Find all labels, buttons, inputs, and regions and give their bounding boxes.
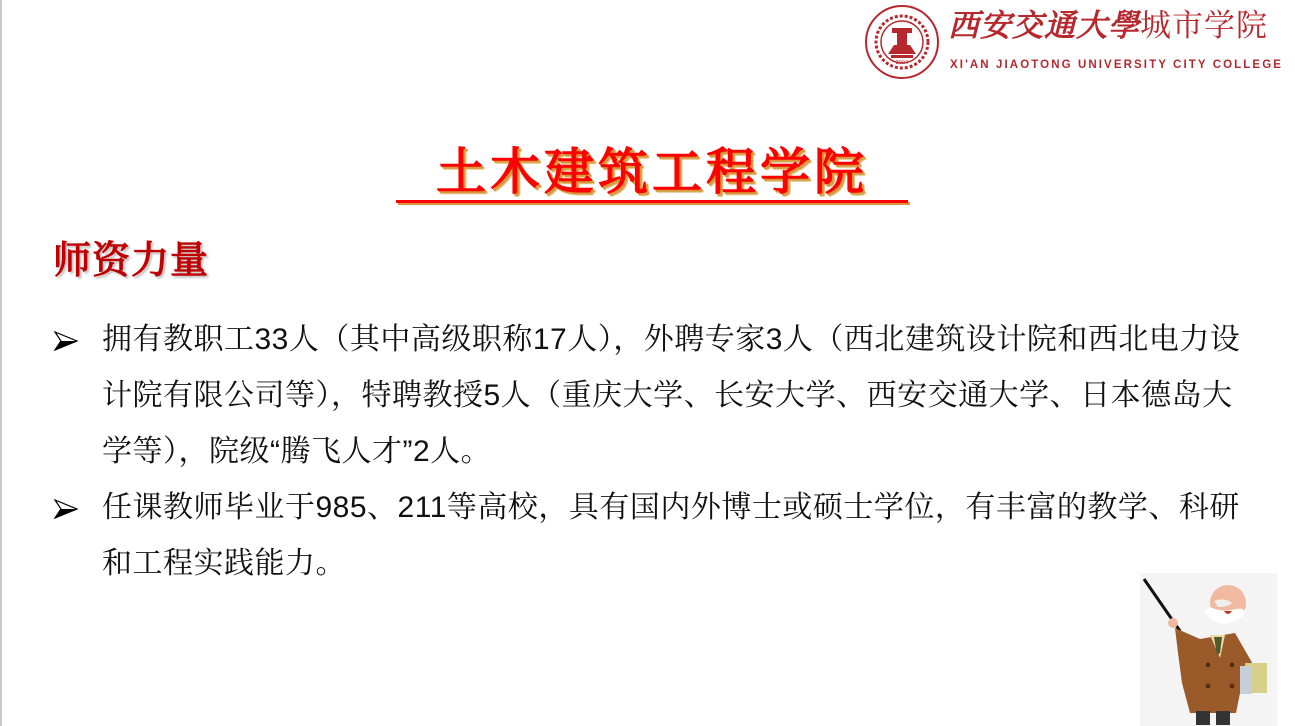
teacher-icon (1140, 573, 1277, 726)
arrow-bullet-icon (54, 499, 78, 519)
college-name-chinese: 西安交通大學城市学院 (948, 6, 1268, 46)
bullet-item: 拥有教职工33人（其中高级职称17人），外聘专家3人（西北建筑设计院和西北电力设… (52, 312, 1252, 480)
bullet-item: 任课教师毕业于985、211等高校，具有国内外博士或硕士学位，有丰富的教学、科研… (52, 480, 1252, 592)
slide-title-block: 土木建筑工程学院 (396, 142, 908, 203)
college-logo: 2004 西安交通大學城市学院 XI'AN JIAOTONG UNIVERSIT… (864, 2, 1292, 78)
slide-title: 土木建筑工程学院 (396, 142, 908, 202)
teacher-illustration (1140, 573, 1277, 726)
arrow-bullet-icon (54, 331, 78, 351)
svg-text:2004: 2004 (896, 60, 909, 66)
slide-left-border (0, 0, 2, 726)
university-name-script: 西安交通大學 (948, 8, 1140, 44)
section-heading: 师资力量 (53, 236, 209, 284)
college-name-english: XI'AN JIAOTONG UNIVERSITY CITY COLLEGE (950, 59, 1283, 71)
bullet-list: 拥有教职工33人（其中高级职称17人），外聘专家3人（西北建筑设计院和西北电力设… (52, 312, 1252, 592)
college-seal-icon: 2004 (864, 4, 940, 80)
college-name-suffix: 城市学院 (1140, 8, 1268, 44)
bullet-text: 拥有教职工33人（其中高级职称17人），外聘专家3人（西北建筑设计院和西北电力设… (102, 312, 1252, 480)
bullet-text: 任课教师毕业于985、211等高校，具有国内外博士或硕士学位，有丰富的教学、科研… (102, 480, 1252, 592)
